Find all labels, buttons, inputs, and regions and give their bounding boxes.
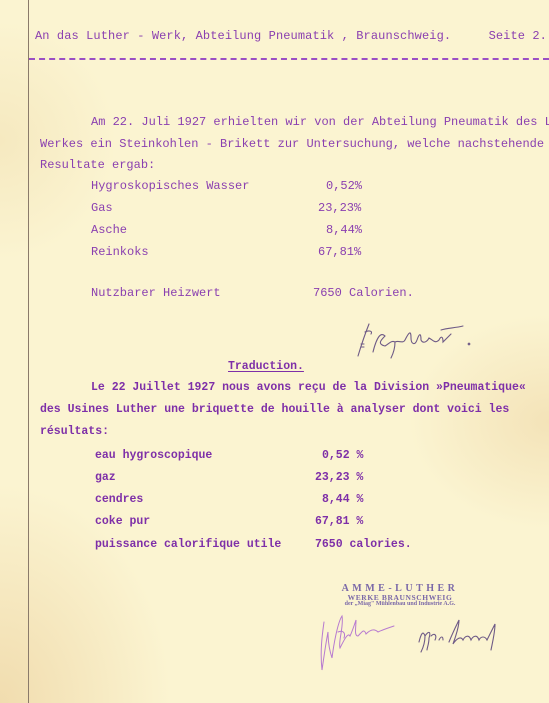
result-label: coke pur	[95, 515, 150, 528]
result-value: 7650 calories.	[315, 538, 412, 551]
result-label: Asche	[91, 223, 127, 237]
french-intro-line-3: résultats:	[40, 425, 109, 438]
margin-line	[28, 0, 29, 703]
heating-value-label: Nutzbarer Heizwert	[91, 286, 221, 300]
right-signature	[415, 618, 505, 652]
stamp-parent-company: der „Miag" Mühlenbau und Industrie A.G.	[305, 601, 495, 607]
result-label: Hygroskopisches Wasser	[91, 179, 249, 193]
result-value: 67,81 %	[315, 515, 363, 528]
result-value: 23,23 %	[315, 471, 363, 484]
result-label: cendres	[95, 493, 143, 506]
result-value: 67,81%	[318, 245, 361, 259]
header-divider	[29, 58, 549, 60]
result-value: 8,44%	[326, 223, 362, 237]
result-label: Reinkoks	[91, 245, 149, 259]
recipient-line: An das Luther - Werk, Abteilung Pneumati…	[35, 29, 451, 43]
result-value: 8,44 %	[322, 493, 363, 506]
result-value: 23,23%	[318, 201, 361, 215]
engelhardt-signature	[355, 322, 475, 362]
result-value: 0,52%	[326, 179, 362, 193]
result-label: Gas	[91, 201, 113, 215]
french-intro-line-2: des Usines Luther une briquette de houil…	[40, 403, 509, 416]
left-signature	[318, 612, 398, 674]
page-number: Seite 2.	[489, 29, 547, 43]
result-label: eau hygroscopique	[95, 449, 212, 462]
french-intro-line-1: Le 22 Juillet 1927 nous avons reçu de la…	[91, 381, 526, 394]
result-value: 0,52 %	[322, 449, 363, 462]
heating-value: 7650 Calorien.	[313, 286, 414, 300]
company-stamp: AMME-LUTHER WERKE BRAUNSCHWEIG der „Miag…	[305, 583, 495, 607]
german-intro-line-1: Am 22. Juli 1927 erhielten wir von der A…	[91, 115, 549, 129]
german-intro-line-2: Werkes ein Steinkohlen - Brikett zur Unt…	[40, 137, 544, 151]
translation-heading: Traduction.	[228, 360, 304, 373]
result-label: puissance calorifique utile	[95, 538, 281, 551]
result-label: gaz	[95, 471, 116, 484]
german-intro-line-3: Resultate ergab:	[40, 158, 155, 172]
